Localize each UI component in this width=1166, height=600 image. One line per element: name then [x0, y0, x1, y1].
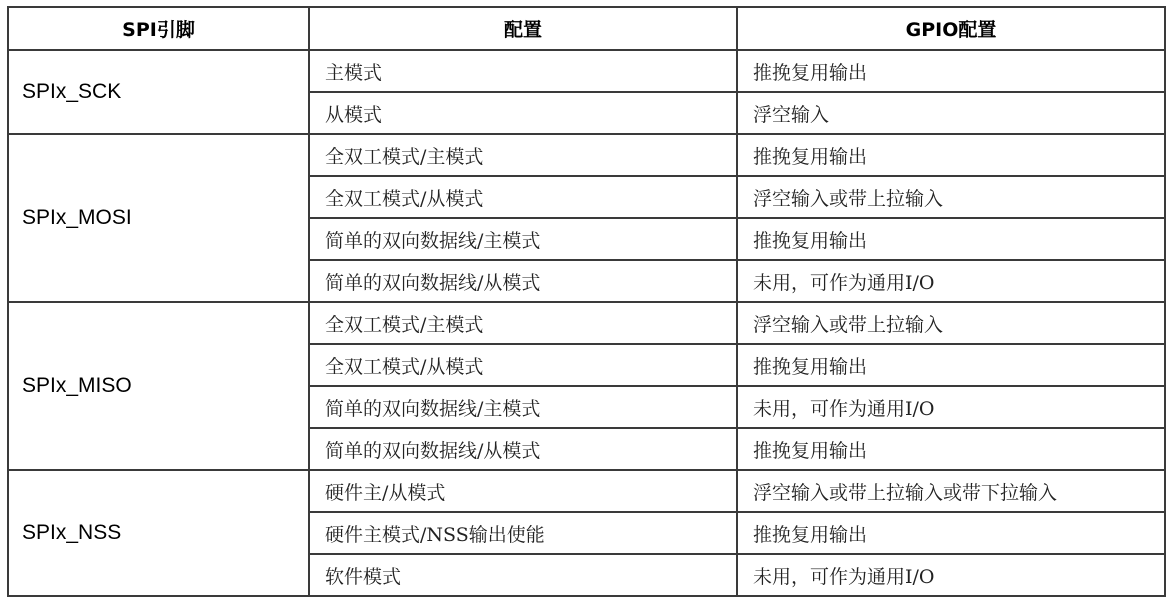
gpio-cell: 推挽复用输出 [737, 50, 1165, 92]
config-cell: 简单的双向数据线/主模式 [309, 386, 737, 428]
gpio-cell: 未用，可作为通用I/O [737, 554, 1165, 596]
config-cell: 简单的双向数据线/从模式 [309, 428, 737, 470]
config-cell: 从模式 [309, 92, 737, 134]
config-cell: 简单的双向数据线/主模式 [309, 218, 737, 260]
header-config: 配置 [309, 7, 737, 50]
config-cell: 简单的双向数据线/从模式 [309, 260, 737, 302]
gpio-cell: 推挽复用输出 [737, 344, 1165, 386]
config-cell: 主模式 [309, 50, 737, 92]
gpio-cell: 推挽复用输出 [737, 512, 1165, 554]
pin-cell-sck: SPIx_SCK [8, 50, 309, 134]
gpio-cell: 未用，可作为通用I/O [737, 386, 1165, 428]
gpio-cell: 浮空输入或带上拉输入 [737, 176, 1165, 218]
gpio-cell: 推挽复用输出 [737, 134, 1165, 176]
spi-pin-gpio-config-table: SPI引脚 配置 GPIO配置 SPIx_SCK 主模式 推挽复用输出 从模式 … [7, 6, 1166, 597]
gpio-cell: 推挽复用输出 [737, 218, 1165, 260]
pin-cell-nss: SPIx_NSS [8, 470, 309, 596]
gpio-cell: 浮空输入或带上拉输入 [737, 302, 1165, 344]
table-row: SPIx_MOSI 全双工模式/主模式 推挽复用输出 [8, 134, 1165, 176]
gpio-cell: 未用，可作为通用I/O [737, 260, 1165, 302]
config-cell: 全双工模式/从模式 [309, 176, 737, 218]
config-cell: 全双工模式/从模式 [309, 344, 737, 386]
table-row: SPIx_NSS 硬件主/从模式 浮空输入或带上拉输入或带下拉输入 [8, 470, 1165, 512]
pin-cell-mosi: SPIx_MOSI [8, 134, 309, 302]
gpio-cell: 浮空输入 [737, 92, 1165, 134]
pin-cell-miso: SPIx_MISO [8, 302, 309, 470]
table-row: SPIx_MISO 全双工模式/主模式 浮空输入或带上拉输入 [8, 302, 1165, 344]
header-gpio-config: GPIO配置 [737, 7, 1165, 50]
table-row: SPIx_SCK 主模式 推挽复用输出 [8, 50, 1165, 92]
header-spi-pin: SPI引脚 [8, 7, 309, 50]
config-cell: 全双工模式/主模式 [309, 302, 737, 344]
document-page: SPI引脚 配置 GPIO配置 SPIx_SCK 主模式 推挽复用输出 从模式 … [0, 0, 1166, 600]
config-cell: 全双工模式/主模式 [309, 134, 737, 176]
table-header-row: SPI引脚 配置 GPIO配置 [8, 7, 1165, 50]
config-cell: 软件模式 [309, 554, 737, 596]
gpio-cell: 浮空输入或带上拉输入或带下拉输入 [737, 470, 1165, 512]
config-cell: 硬件主/从模式 [309, 470, 737, 512]
gpio-cell: 推挽复用输出 [737, 428, 1165, 470]
config-cell: 硬件主模式/NSS输出使能 [309, 512, 737, 554]
